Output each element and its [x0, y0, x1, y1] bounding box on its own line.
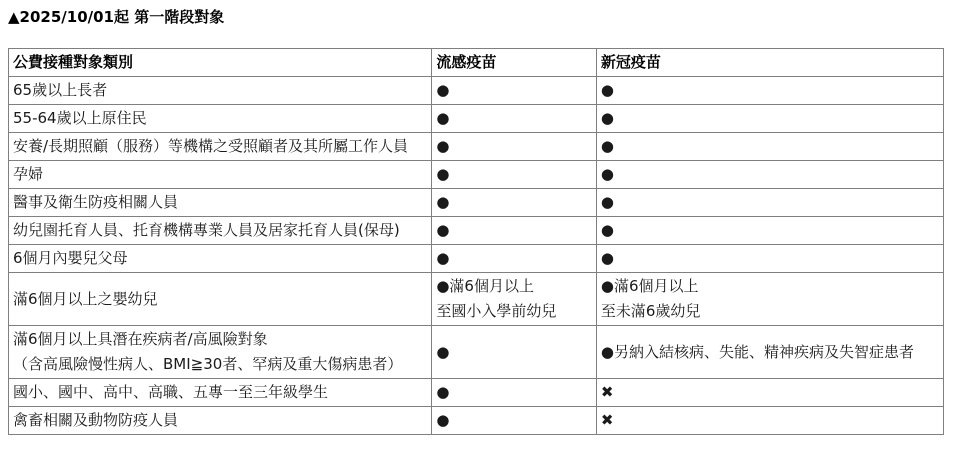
covid-vaccine-cell: ● — [596, 189, 943, 217]
column-header-flu-vaccine: 流感疫苗 — [432, 49, 597, 77]
flu-vaccine-cell: ● — [432, 77, 597, 105]
covid-vaccine-cell: ✖ — [596, 379, 943, 407]
column-header-covid-vaccine: 新冠疫苗 — [596, 49, 943, 77]
header-row: 公費接種對象類別 流感疫苗 新冠疫苗 — [9, 49, 944, 77]
flu-vaccine-cell: ● — [432, 161, 597, 189]
section-title: ▲2025/10/01起 第一階段對象 — [8, 8, 947, 26]
category-cell: 禽畜相關及動物防疫人員 — [9, 407, 432, 435]
category-cell: 滿6個月以上具潛在疾病者/高風險對象 （含高風險慢性病人、BMI≧30者、罕病及… — [9, 326, 432, 379]
category-cell: 滿6個月以上之嬰幼兒 — [9, 273, 432, 326]
category-cell: 安養/長期照顧（服務）等機構之受照顧者及其所屬工作人員 — [9, 133, 432, 161]
flu-vaccine-cell: ● — [432, 105, 597, 133]
flu-vaccine-cell: ● — [432, 326, 597, 379]
flu-vaccine-cell: ●滿6個月以上 至國小入學前幼兒 — [432, 273, 597, 326]
table-row: 55-64歲以上原住民●● — [9, 105, 944, 133]
covid-vaccine-cell: ● — [596, 77, 943, 105]
covid-vaccine-cell: ● — [596, 245, 943, 273]
table-row: 滿6個月以上具潛在疾病者/高風險對象 （含高風險慢性病人、BMI≧30者、罕病及… — [9, 326, 944, 379]
category-cell: 孕婦 — [9, 161, 432, 189]
table-row: 禽畜相關及動物防疫人員●✖ — [9, 407, 944, 435]
table-row: 醫事及衛生防疫相關人員●● — [9, 189, 944, 217]
category-cell: 65歲以上長者 — [9, 77, 432, 105]
flu-vaccine-cell: ● — [432, 245, 597, 273]
table-row: 65歲以上長者●● — [9, 77, 944, 105]
flu-vaccine-cell: ● — [432, 189, 597, 217]
table-header: 公費接種對象類別 流感疫苗 新冠疫苗 — [9, 49, 944, 77]
table-row: 6個月內嬰兒父母●● — [9, 245, 944, 273]
table-row: 滿6個月以上之嬰幼兒●滿6個月以上 至國小入學前幼兒●滿6個月以上 至未滿6歲幼… — [9, 273, 944, 326]
category-cell: 幼兒園托育人員、托育機構專業人員及居家托育人員(保母) — [9, 217, 432, 245]
table-body: 65歲以上長者●●55-64歲以上原住民●●安養/長期照顧（服務）等機構之受照顧… — [9, 77, 944, 435]
covid-vaccine-cell: ● — [596, 217, 943, 245]
category-cell: 國小、國中、高中、高職、五專一至三年級學生 — [9, 379, 432, 407]
category-cell: 醫事及衛生防疫相關人員 — [9, 189, 432, 217]
table-row: 孕婦●● — [9, 161, 944, 189]
flu-vaccine-cell: ● — [432, 407, 597, 435]
table-row: 安養/長期照顧（服務）等機構之受照顧者及其所屬工作人員●● — [9, 133, 944, 161]
flu-vaccine-cell: ● — [432, 217, 597, 245]
flu-vaccine-cell: ● — [432, 379, 597, 407]
table-row: 幼兒園托育人員、托育機構專業人員及居家托育人員(保母)●● — [9, 217, 944, 245]
covid-vaccine-cell: ✖ — [596, 407, 943, 435]
category-cell: 6個月內嬰兒父母 — [9, 245, 432, 273]
covid-vaccine-cell: ●滿6個月以上 至未滿6歲幼兒 — [596, 273, 943, 326]
covid-vaccine-cell: ●另納入結核病、失能、精神疾病及失智症患者 — [596, 326, 943, 379]
covid-vaccine-cell: ● — [596, 161, 943, 189]
covid-vaccine-cell: ● — [596, 105, 943, 133]
vaccine-eligibility-table: 公費接種對象類別 流感疫苗 新冠疫苗 65歲以上長者●●55-64歲以上原住民●… — [8, 48, 944, 435]
flu-vaccine-cell: ● — [432, 133, 597, 161]
category-cell: 55-64歲以上原住民 — [9, 105, 432, 133]
column-header-category: 公費接種對象類別 — [9, 49, 432, 77]
covid-vaccine-cell: ● — [596, 133, 943, 161]
table-row: 國小、國中、高中、高職、五專一至三年級學生●✖ — [9, 379, 944, 407]
